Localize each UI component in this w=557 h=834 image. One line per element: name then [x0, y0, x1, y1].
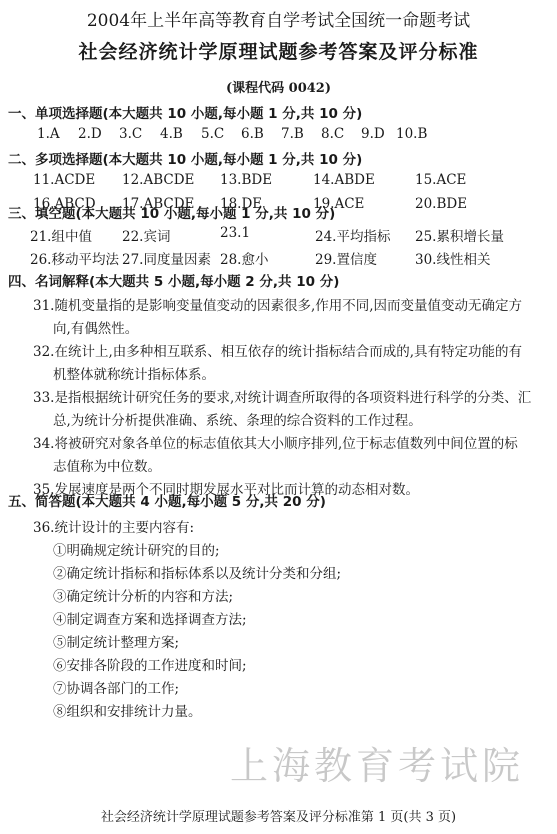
answer-2: 2.D [78, 126, 102, 142]
answer-26: 26.移动平均法 [30, 248, 119, 268]
answer-7: 7.B [281, 126, 304, 142]
answer-22: 22.宾词 [122, 225, 170, 245]
q36-stem-visible: 36.统计设计的主要内容有: [33, 516, 194, 536]
term-34-line1-visible: 34.将被研究对象各单位的标志值依其大小顺序排列,位于标志值数列中间位置的标 [33, 432, 518, 452]
answer-10: 10.B [396, 126, 427, 142]
answer-11: 11.ACDE [33, 172, 95, 188]
term-32-line1: 32.在统计上,由多种相互联系、相互依存的统计指标结合而成的,具有特定功能的有 [33, 340, 522, 360]
answer-5: 5.C [201, 126, 224, 142]
answer-30: 30.线性相关 [415, 248, 490, 268]
answer-27: 27.同度量因素 [122, 248, 211, 268]
answer-3: 3.C [119, 126, 142, 142]
q36-item-2: ②确定统计指标和指标体系以及统计分类和分组; [53, 562, 341, 582]
term-31-line1: 31.随机变量指的是影响变量值变动的因素很多,作用不同,因而变量值变动无确定方 [33, 294, 522, 314]
answer-4: 4.B [160, 126, 183, 142]
answer-20: 20.BDE [415, 196, 467, 212]
document-subtitle: 社会经济统计学原理试题参考答案及评分标准 [0, 37, 557, 64]
answer-13: 13.BDE [220, 172, 272, 188]
section4-heading: 四、名词解释(本大题共 5 小题,每小题 2 分,共 10 分) [8, 270, 339, 290]
course-code: (课程代码 0042) [0, 77, 557, 96]
answer-28: 28.愈小 [220, 248, 268, 268]
section3-answers-row2: 26.移动平均法 27.同度量因素 28.愈小 29.置信度 30.线性相关 [0, 248, 557, 266]
term-31-line2: 向,有偶然性。 [53, 317, 138, 337]
answer-29: 29.置信度 [315, 248, 377, 268]
answer-25: 25.累积增长量 [415, 225, 504, 245]
q36-item-5: ⑤制定统计整理方案; [53, 631, 179, 651]
answer-21: 21.组中值 [30, 225, 92, 245]
q36-item-3: ③确定统计分析的内容和方法; [53, 585, 233, 605]
section3-heading: 三、填空题(本大题共 10 小题,每小题 1 分,共 10 分) [8, 202, 335, 222]
answer-12: 12.ABCDE [122, 172, 194, 188]
section1-answers: 1.A 2.D 3.C 4.B 5.C 6.B 7.B 8.C 9.D 10.B [0, 126, 557, 144]
answer-8: 8.C [321, 126, 344, 142]
q36-item-6: ⑥安排各阶段的工作进度和时间; [53, 654, 247, 674]
term-32-line2: 机整体就称统计指标体系。 [53, 363, 215, 383]
section1-heading: 一、单项选择题(本大题共 10 小题,每小题 1 分,共 10 分) [8, 102, 362, 122]
section2-answers-row1: 11.ACDE 12.ABCDE 13.BDE 14.ABDE 15.ACE [0, 172, 557, 190]
exam-title: 2004年上半年高等教育自学考试全国统一命题考试 [0, 6, 557, 31]
page-footer: 社会经济统计学原理试题参考答案及评分标准第 1 页(共 3 页) [0, 806, 557, 825]
answer-23: 23.1 [220, 225, 250, 241]
term-33-line2: 总,为统计分析提供准确、系统、条理的综合资料的工作过程。 [53, 409, 422, 429]
watermark: 上海教育考试院 [230, 735, 524, 790]
answer-14: 14.ABDE [313, 172, 375, 188]
answer-24: 24.平均指标 [315, 225, 390, 245]
q36-item-4: ④制定调查方案和选择调查方法; [53, 608, 247, 628]
section5-heading-visible: 五、简答题(本大题共 4 小题,每小题 5 分,共 20 分) [8, 490, 326, 510]
answer-9: 9.D [361, 126, 385, 142]
q36-item-7: ⑦协调各部门的工作; [53, 677, 179, 697]
q36-item-1: ①明确规定统计研究的目的; [53, 539, 220, 559]
q36-item-8: ⑧组织和安排统计力量。 [53, 700, 202, 720]
section2-heading: 二、多项选择题(本大题共 10 小题,每小题 1 分,共 10 分) [8, 148, 362, 168]
section3-answers-row1: 21.组中值 22.宾词 23.1 24.平均指标 25.累积增长量 [0, 225, 557, 243]
term-33-line1: 33.是指根据统计研究任务的要求,对统计调查所取得的各项资料进行科学的分类、汇 [33, 386, 531, 406]
answer-6: 6.B [241, 126, 264, 142]
answer-1: 1.A [37, 126, 60, 142]
term-34-line2: 志值称为中位数。 [53, 455, 161, 475]
answer-15: 15.ACE [415, 172, 466, 188]
